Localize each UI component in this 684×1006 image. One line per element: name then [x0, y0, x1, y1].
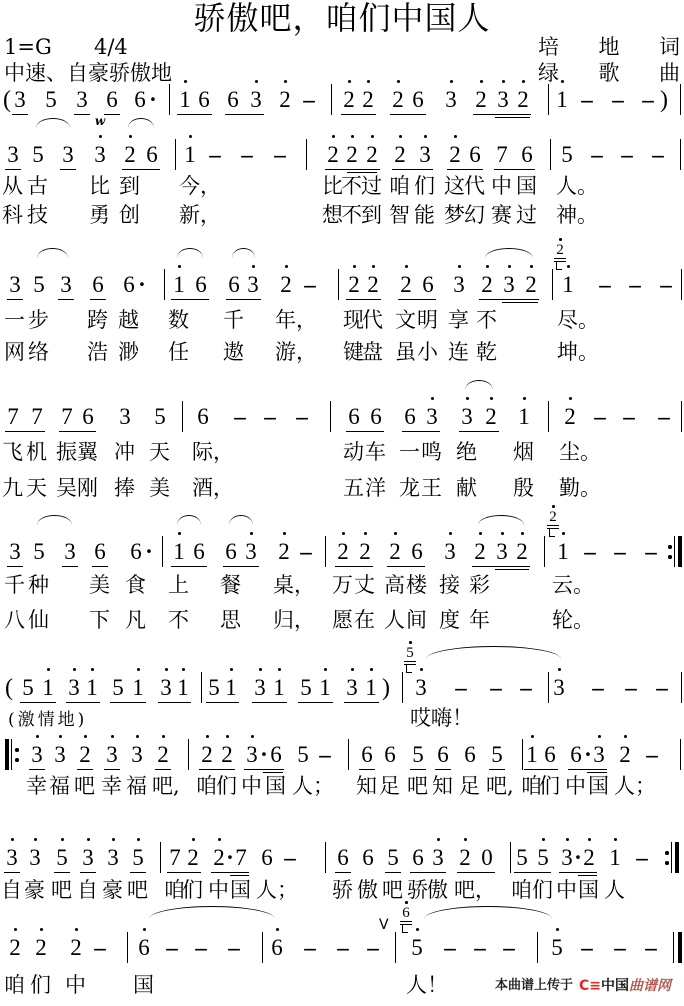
lyric-syllable: 食 [125, 572, 146, 598]
octave-dot-above [458, 265, 461, 268]
lyric-syllable: 智 [389, 202, 410, 228]
bar-line [175, 139, 176, 170]
lyric-syllable: 餐 [220, 572, 241, 598]
lyric-syllable: 中 [565, 773, 586, 799]
octave-dot-above [129, 135, 132, 138]
note: 5 [110, 674, 126, 702]
octave-dot-above [40, 928, 43, 931]
octave-dot-above [230, 668, 233, 671]
note: 5 [298, 674, 314, 702]
beam-line [29, 769, 45, 770]
lyric-syllable: 上 [168, 572, 189, 598]
octave-dot-above [598, 735, 601, 738]
note: 2 [7, 934, 23, 962]
double-beam-line [263, 772, 283, 773]
lyric-syllable: 步 [28, 307, 49, 333]
grace-note: 6 [400, 904, 412, 922]
lyric-syllable: 文 [395, 307, 416, 333]
lyric-syllable: 幻 [464, 202, 485, 228]
octave-dot-above [371, 135, 374, 138]
beam-line [171, 299, 209, 300]
lyric-syllable: 国 [516, 173, 537, 199]
lyric-syllable: 人！ [406, 972, 448, 998]
beam-line [211, 872, 249, 873]
lyric-syllable: 尘。 [559, 439, 601, 465]
bar-line [331, 84, 332, 115]
final-bar-thin [673, 932, 674, 963]
grace-hook-mark [549, 529, 555, 537]
lyric-syllable: 吴 [56, 475, 77, 501]
octave-dot-above [566, 838, 569, 841]
octave-dot-above [522, 80, 525, 83]
bar-line [537, 932, 538, 963]
lyric-syllable: 比 [322, 173, 343, 199]
beam-line [92, 566, 108, 567]
octave-dot-above [259, 668, 262, 671]
bar-line [681, 269, 682, 300]
lyric-syllable: 楼 [406, 572, 427, 598]
lyric-syllable: 中 [491, 173, 512, 199]
note: 2 [515, 86, 531, 114]
octave-dot-above [405, 901, 408, 904]
note: 7 [233, 844, 249, 872]
note: 3 [4, 844, 20, 872]
sustain-dash: – [579, 86, 595, 114]
lyric-syllable: 咱 [196, 773, 217, 799]
lyric-syllable: 代 [464, 173, 485, 199]
note: 2 [77, 741, 93, 769]
lyric-syllable: 九 [2, 475, 23, 501]
lyric-syllable: 咱 [511, 877, 532, 903]
note: 2 [278, 271, 294, 299]
lyric-syllable: 一 [4, 307, 25, 333]
note: 3 [58, 271, 74, 299]
octave-dot-above [569, 397, 572, 400]
lyric-syllable: 在 [354, 607, 375, 633]
note: 3 [27, 844, 43, 872]
octave-dot-above [466, 397, 469, 400]
lyric-syllable: 幸 [26, 773, 47, 799]
note: 3 [442, 538, 458, 566]
lyric-syllable: 幸 [101, 773, 122, 799]
octave-dot-above [137, 838, 140, 841]
octave-dot-above [521, 532, 524, 535]
note: 6 [259, 844, 275, 872]
lyric-syllable: 吧 [127, 877, 148, 903]
note: 6 [226, 271, 242, 299]
beam-line [335, 566, 373, 567]
key-signature: 1=G [4, 34, 52, 60]
parenthesis: ) [378, 674, 394, 702]
note: 3 [451, 271, 467, 299]
octave-dot-above [255, 80, 258, 83]
note: 3 [501, 271, 517, 299]
bar-line [548, 672, 549, 703]
lyric-syllable: 彩 [469, 572, 490, 598]
octave-dot-above [588, 838, 591, 841]
slur-arc [37, 248, 68, 258]
octave-dot-above [136, 735, 139, 738]
lyric-syllable: 种 [28, 572, 49, 598]
lyric-syllable: 勇 [89, 202, 110, 228]
lyric-syllable: 车 [365, 439, 386, 465]
sustain-dash: – [365, 934, 381, 962]
lyricist-name-char: 地 [599, 34, 620, 60]
beam-line [7, 566, 23, 567]
note: 5 [54, 844, 70, 872]
lyric-syllable: 国 [133, 972, 154, 998]
repeat-end-thick [675, 842, 679, 873]
octave-dot-above [11, 838, 14, 841]
octave-dot-above [397, 80, 400, 83]
sustain-dash: – [621, 403, 637, 431]
bar-line [338, 269, 339, 300]
grace-beam-line [400, 921, 412, 922]
note: 2 [581, 844, 597, 872]
song-title: 骄傲吧，咱们中国人 [0, 0, 684, 36]
note: 1 [177, 86, 193, 114]
lyric-syllable: 吧 [407, 773, 428, 799]
beam-line [5, 431, 45, 432]
sustain-dash: – [164, 934, 180, 962]
octave-dot-above [143, 928, 146, 931]
lyric-syllable: 吧, [486, 773, 514, 799]
lyric-syllable: 傲 [357, 877, 378, 903]
beam-line [494, 169, 535, 170]
slur-arc [424, 906, 552, 919]
octave-dot-above [556, 928, 559, 931]
beam-line [155, 769, 171, 770]
beam-line [110, 702, 146, 703]
note: 0 [479, 844, 495, 872]
lyric-syllable: 吧 [382, 877, 403, 903]
octave-dot-above [501, 532, 504, 535]
sustain-dash: – [640, 86, 656, 114]
beam-line [410, 769, 426, 770]
note: 2 [68, 934, 84, 962]
bar-line [544, 536, 545, 567]
beam-line [398, 299, 436, 300]
sustain-dash: – [644, 741, 660, 769]
lyric-syllable: 自 [77, 877, 98, 903]
bar-line [680, 139, 681, 170]
site-name-part: 中国 [601, 978, 629, 994]
double-beam-line [587, 772, 607, 773]
lyric-syllable: 福 [126, 773, 147, 799]
octave-dot-above [178, 532, 181, 535]
lyric-syllable: 骄 [407, 877, 428, 903]
note: 2 [185, 844, 201, 872]
lyric-syllable: 仙 [28, 607, 49, 633]
slur-arc [426, 646, 561, 659]
octave-dot-above [523, 397, 526, 400]
octave-dot-above [285, 265, 288, 268]
grace-note: 2 [547, 508, 559, 526]
octave-dot-above [480, 80, 483, 83]
note: 1 [607, 844, 623, 872]
lyricist-credit: 培 地 词 [538, 34, 680, 60]
bar-line [169, 84, 170, 115]
octave-dot-above [342, 532, 345, 535]
lyric-syllable: 云。 [552, 572, 594, 598]
note: 5 [549, 934, 565, 962]
note: 2 [122, 141, 138, 169]
octave-dot-above [502, 80, 505, 83]
bar-line [162, 536, 163, 567]
note: 5 [489, 741, 505, 769]
beam-line [66, 702, 100, 703]
lyric-syllable: 人； [292, 773, 334, 799]
lyric-syllable: 美 [149, 475, 170, 501]
octave-dot-above [372, 265, 375, 268]
sustain-dash: – [627, 271, 643, 299]
bar-line [548, 84, 549, 115]
sustain-dash: – [442, 934, 458, 962]
beam-line [90, 299, 106, 300]
parenthesis: ( [1, 674, 17, 702]
lyric-syllable: 键 [343, 339, 364, 365]
note: 1 [271, 674, 287, 702]
beam-line [59, 431, 96, 432]
repeat-dot [15, 758, 19, 762]
note: 6 [80, 403, 96, 431]
grace-note: 5 [404, 644, 416, 662]
lyric-syllable: 过 [361, 173, 382, 199]
beam-line [77, 769, 93, 770]
sustain-dash: – [610, 86, 626, 114]
lyric-syllable: 们 [414, 173, 435, 199]
note: 2 [155, 741, 171, 769]
octave-dot-above [437, 838, 440, 841]
note: 2 [457, 844, 473, 872]
note: 6 [368, 403, 384, 431]
beam-line [20, 702, 56, 703]
time-signature: 4/4 [94, 34, 128, 60]
octave-dot-above [454, 135, 457, 138]
lyric-syllable: 国 [230, 877, 251, 903]
lyric-syllable: 代 [362, 307, 383, 333]
repeat-start-thin [11, 739, 12, 770]
augmentation-dot: · [141, 538, 157, 566]
note: 1 [555, 538, 571, 566]
beam-line [344, 702, 379, 703]
bar-line [681, 401, 682, 432]
repeat-dot [665, 861, 669, 865]
lyric-syllable: 美 [89, 572, 110, 598]
octave-dot-above [624, 735, 627, 738]
beam-line [62, 566, 78, 567]
lyric-syllable: 到 [119, 173, 140, 199]
sustain-dash: – [619, 141, 635, 169]
beam-line [58, 299, 74, 300]
augmentation-dot: · [145, 86, 161, 114]
lyric-syllable: 赛 [491, 202, 512, 228]
sustain-dash: – [453, 674, 469, 702]
bar-line [164, 269, 165, 300]
bar-line [348, 739, 349, 770]
note: 6 [359, 741, 375, 769]
sustain-dash: – [302, 271, 318, 299]
slur-arc [229, 515, 253, 525]
note: 2 [483, 403, 499, 431]
bar-line [552, 269, 553, 300]
note: 3 [252, 674, 268, 702]
sustain-dash: – [472, 934, 488, 962]
lyric-syllable: 龙 [399, 475, 420, 501]
beam-line [54, 872, 70, 873]
note: 2 [390, 86, 406, 114]
lyric-syllable: 不 [168, 607, 189, 633]
lyricist-name-char: 培 [538, 34, 559, 60]
lyric-syllable: 渺 [118, 339, 139, 365]
octave-dot-above [399, 135, 402, 138]
note: 3 [62, 538, 78, 566]
sustain-dash: – [282, 844, 298, 872]
note: 3 [129, 741, 145, 769]
lyric-syllable: 丈 [354, 572, 375, 598]
sustain-dash: – [592, 403, 608, 431]
sustain-dash: – [302, 934, 318, 962]
beam-line [244, 769, 284, 770]
lyric-syllable: 动 [343, 439, 364, 465]
note: 2 [276, 538, 292, 566]
note: 5 [535, 844, 551, 872]
note: 6 [435, 741, 451, 769]
lyric-syllable: 们 [182, 877, 203, 903]
lyric-syllable: 浩 [87, 339, 108, 365]
slur-arc [177, 248, 203, 258]
sustain-dash: – [239, 141, 255, 169]
lyric-syllable: 不 [476, 307, 497, 333]
breath-mark-icon: V [379, 918, 389, 932]
beam-line [12, 114, 28, 115]
note: 5 [31, 538, 47, 566]
note: 6 [223, 538, 239, 566]
lyric-syllable: 乾 [476, 339, 497, 365]
note: 6 [136, 934, 152, 962]
lyric-syllable: 愿 [332, 607, 353, 633]
bar-line [127, 932, 128, 963]
note: 1 [554, 86, 570, 114]
lyric-syllable: 想 [322, 202, 343, 228]
octave-dot-above [283, 532, 286, 535]
beam-line [177, 114, 212, 115]
octave-dot-above [531, 735, 534, 738]
lyric-syllable: 现 [343, 307, 364, 333]
note: 3 [104, 741, 120, 769]
sustain-dash: – [612, 538, 628, 566]
octave-dot-above [567, 265, 570, 268]
note: 1 [84, 674, 100, 702]
lyric-syllable: 中 [65, 972, 86, 998]
lyric-syllable: 傲 [427, 877, 448, 903]
beam-line [479, 299, 539, 300]
lyric-syllable: 翼 [77, 439, 98, 465]
bar-line [160, 842, 161, 873]
note: 3 [344, 674, 360, 702]
lyric-syllable: 足 [459, 773, 480, 799]
note: 3 [80, 844, 96, 872]
note: 6 [335, 844, 351, 872]
octave-dot-above [189, 135, 192, 138]
watermark: 本曲谱上传于 C≡ 中国 曲谱网 [495, 976, 671, 996]
lyric-syllable: 万 [332, 572, 353, 598]
note: 1 [171, 271, 187, 299]
lyric-syllable: 凡 [125, 607, 146, 633]
note: 6 [402, 403, 418, 431]
sustain-dash: – [579, 934, 595, 962]
octave-dot-above [59, 735, 62, 738]
octave-dot-above [284, 80, 287, 83]
lyric-syllable: 思 [220, 607, 241, 633]
lyric-syllable: 们 [532, 877, 553, 903]
repeat-dot [668, 555, 672, 559]
sustain-dash: – [488, 674, 504, 702]
watermark-text: 本曲谱上传于 [495, 978, 573, 994]
lyric-syllable: 国 [578, 877, 599, 903]
note: 6 [410, 844, 426, 872]
lyric-syllable: 献 [456, 475, 477, 501]
lyric-syllable: 飞 [2, 439, 23, 465]
octave-dot-above [405, 265, 408, 268]
octave-dot-above [364, 532, 367, 535]
beam-line [130, 872, 146, 873]
lyric-syllable: 遨 [223, 339, 244, 365]
lyric-syllable: 游， [275, 339, 317, 365]
beam-line [80, 872, 96, 873]
note: 3 [105, 844, 121, 872]
slur-arc [149, 906, 275, 919]
note: 3 [66, 674, 82, 702]
sustain-dash: – [226, 934, 242, 962]
lyric-syllable: 咱 [4, 972, 25, 998]
beam-line [387, 566, 425, 567]
octave-dot-above [542, 838, 545, 841]
repeat-dot [665, 851, 669, 855]
note: 6 [104, 86, 120, 114]
sustain-dash: – [501, 934, 517, 962]
note: 3 [117, 403, 133, 431]
note: 3 [248, 86, 264, 114]
octave-dot-above [464, 838, 467, 841]
beam-line [459, 431, 499, 432]
double-beam-line [347, 172, 377, 173]
site-name-part: 曲谱网 [629, 978, 671, 994]
lyric-syllable: 勤。 [559, 475, 601, 501]
note: 3 [243, 538, 259, 566]
note: 5 [20, 674, 36, 702]
note: 5 [385, 844, 401, 872]
note: 2 [447, 141, 463, 169]
octave-dot-above [351, 668, 354, 671]
note: 2 [360, 86, 376, 114]
sustain-dash: – [272, 141, 288, 169]
repeat-start-thick [5, 739, 9, 770]
lyric-syllable: 桌， [273, 572, 315, 598]
beam-line [325, 169, 380, 170]
lyric-syllable: 人。 [556, 173, 598, 199]
note: 6 [410, 86, 426, 114]
octave-dot-above [324, 668, 327, 671]
grace-beam-line [547, 525, 559, 526]
beam-line [435, 769, 451, 770]
beam-line [390, 114, 426, 115]
note: 6 [542, 741, 558, 769]
sustain-dash: – [335, 934, 351, 962]
octave-dot-above [508, 265, 511, 268]
repeat-dot [668, 545, 672, 549]
lyric-syllable: 捧 [114, 475, 135, 501]
